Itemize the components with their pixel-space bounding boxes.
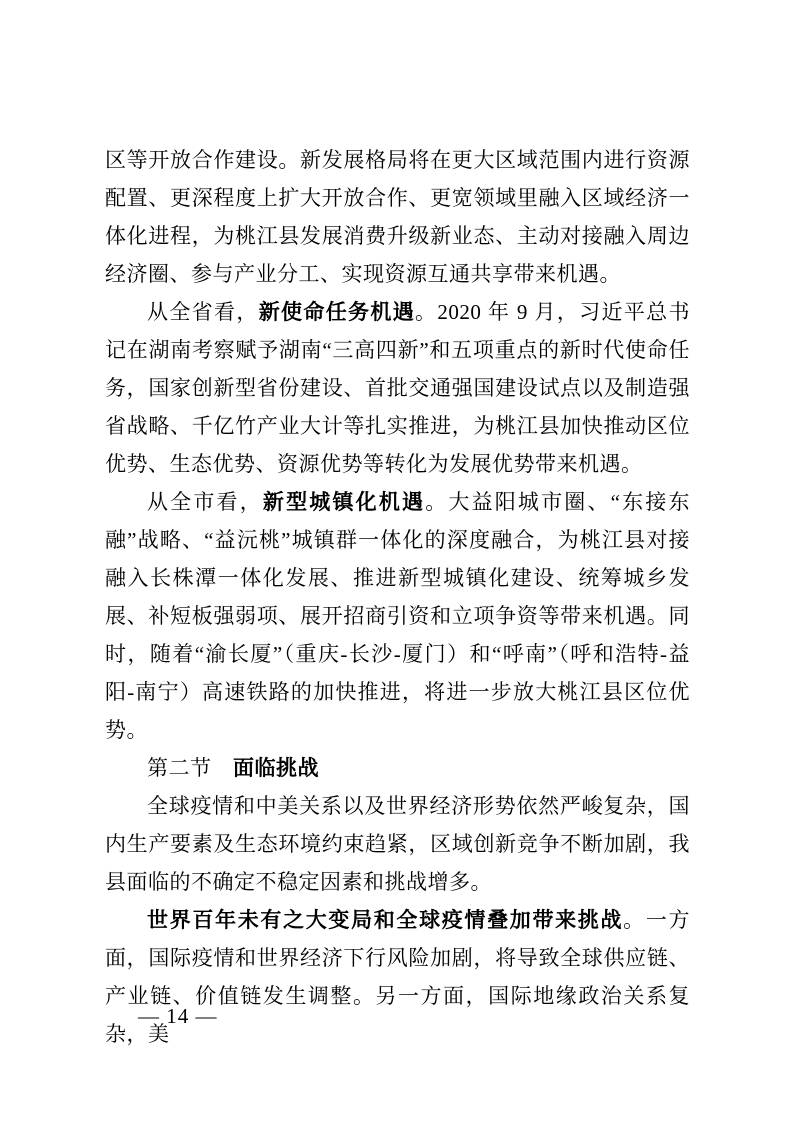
text-run: 从全市看， — [147, 490, 263, 514]
page-number: — 14 — — [138, 1000, 218, 1032]
bold-text-run: 新型城镇化机遇 — [263, 490, 425, 514]
document-content: 区等开放合作建设。新发展格局将在更大区域范围内进行资源配置、更深程度上扩大开放合… — [105, 141, 690, 1053]
section-heading: 第二节 面临挑战 — [105, 749, 690, 787]
paragraph: 从全省看，新使命任务机遇。2020 年 9 月，习近平总书记在湖南考察赋予湖南“… — [105, 293, 690, 483]
paragraph: 全球疫情和中美关系以及世界经济形势依然严峻复杂，国内生产要素及生态环境约束趋紧，… — [105, 787, 690, 901]
paragraph: 从全市看，新型城镇化机遇。大益阳城市圈、“东接东融”战略、“益沅桃”城镇群一体化… — [105, 483, 690, 749]
bold-text-run: 世界百年未有之大变局和全球疫情叠加带来挑战 — [147, 908, 623, 932]
paragraph: 区等开放合作建设。新发展格局将在更大区域范围内进行资源配置、更深程度上扩大开放合… — [105, 141, 690, 293]
bold-text-run: 新使命任务机遇 — [259, 300, 415, 324]
text-run: 。2020 年 9 月，习近平总书记在湖南考察赋予湖南“三高四新”和五项重点的新… — [105, 300, 690, 476]
text-run: 区等开放合作建设。新发展格局将在更大区域范围内进行资源配置、更深程度上扩大开放合… — [105, 148, 690, 286]
bold-text-run: 面临挑战 — [233, 756, 319, 780]
document-page: 区等开放合作建设。新发展格局将在更大区域范围内进行资源配置、更深程度上扩大开放合… — [0, 0, 794, 1122]
text-run: 全球疫情和中美关系以及世界经济形势依然严峻复杂，国内生产要素及生态环境约束趋紧，… — [105, 794, 690, 894]
text-run: 。大益阳城市圈、“东接东融”战略、“益沅桃”城镇群一体化的深度融合，为桃江县对接… — [105, 490, 690, 742]
text-run: 从全省看， — [147, 300, 259, 324]
text-run: 第二节 — [147, 756, 233, 780]
